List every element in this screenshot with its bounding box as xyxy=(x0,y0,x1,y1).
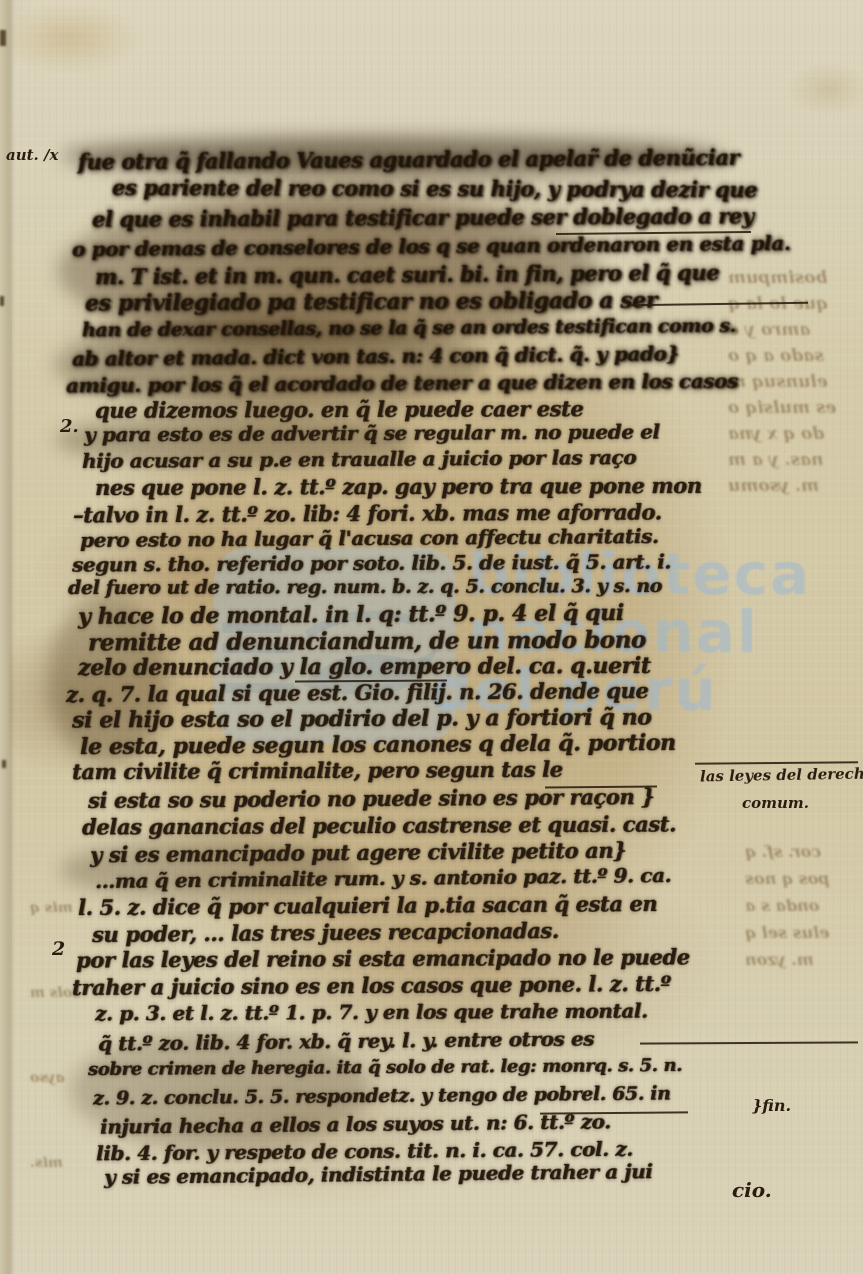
bleedthrough-text: m. ysomu xyxy=(728,476,819,496)
manuscript-line: nes que pone l. z. tt.º zap. gay pero tr… xyxy=(95,473,702,500)
manuscript-line: m. T ist. et in m. qun. caet suri. bi. i… xyxy=(95,260,719,289)
manuscript-line: si el hijo esta so el podirio del p. y a… xyxy=(72,704,652,733)
bleedthrough-text: mis q xyxy=(30,900,73,916)
edge-nick xyxy=(2,760,6,768)
manuscript-line: sobre crimen de heregia. ita q̃ solo de … xyxy=(88,1055,682,1080)
manuscript-line: segun s. tho. referido por soto. lib. 5.… xyxy=(72,549,671,576)
bleedthrough-text: amro y o xyxy=(728,320,810,340)
manuscript-line: fue otra q̃ fallando Vaues aguardado el … xyxy=(78,145,739,175)
margin-note-topleft: aut. /x xyxy=(6,146,58,164)
edge-nick xyxy=(0,296,4,306)
bleedthrough-text: pos q nos xyxy=(745,869,830,888)
page-left-edge xyxy=(0,0,14,1274)
bleedthrough-text: cor. sf. q xyxy=(745,842,821,861)
manuscript-line: han de dexar consellas, no se la q̃ se a… xyxy=(82,315,736,342)
bleedthrough-text: ayso xyxy=(30,1070,64,1086)
catchword: cio. xyxy=(732,1178,772,1202)
manuscript-line: delas ganancias del peculio castrense et… xyxy=(82,811,676,839)
manuscript-line: y si es emancipado put agere civilite pe… xyxy=(90,838,626,868)
manuscript-line: z. q. 7. la qual si que est. Gio. filij.… xyxy=(66,678,649,707)
manuscript-line: el que es inhabil para testificar puede … xyxy=(92,203,754,231)
margin-note-right-2: comum. xyxy=(742,794,809,812)
manuscript-line: –talvo in l. z. tt.º zo. lib: 4 fori. xb… xyxy=(73,499,662,527)
bleedthrough-text: do q x yna xyxy=(728,424,824,444)
manuscript-line: ...ma q̃ en criminalite rum. y s. antoni… xyxy=(95,863,671,893)
ink-rule xyxy=(640,1041,858,1044)
paragraph-mark: 2 xyxy=(52,938,65,960)
manuscript-line: o por demas de conselores de los q se qu… xyxy=(72,231,791,261)
manuscript-line: es privilegiado pa testificar no es obli… xyxy=(85,288,657,317)
edge-nick xyxy=(0,30,6,46)
manuscript-line: ab altor et mada. dict von tas. n: 4 con… xyxy=(72,341,679,370)
manuscript-line: su poder, ... las tres juees recapcionad… xyxy=(92,918,559,947)
manuscript-line: del fuero ut de ratio. reg. num. b. z. q… xyxy=(68,575,662,599)
bleedthrough-text: nas. y a m xyxy=(728,450,824,470)
manuscript-line: y para esto es de advertir q̃ se regular… xyxy=(84,419,660,446)
bleedthrough-text: que lo la q xyxy=(728,294,828,314)
bleedthrough-text: es mulsiq o xyxy=(728,398,836,418)
manuscript-line: por las leyes del reino si esta emancipa… xyxy=(76,944,690,972)
manuscript-line: zelo denunciado y la glo. empero del. ca… xyxy=(78,653,651,681)
manuscript-line: y si es emancipado, indistinta le puede … xyxy=(104,1159,653,1189)
bleedthrough-text: bosimpum xyxy=(728,268,827,288)
margin-note-right-1: las leyes del derecho xyxy=(700,764,863,785)
margin-note-fin: }fin. xyxy=(752,1096,791,1115)
bleedthrough-text: sado a q o xyxy=(728,346,824,366)
manuscript-line: pero esto no ha lugar q̃ l'acusa con aff… xyxy=(80,524,659,552)
manuscript-line: q̃ tt.º zo. lib. 4 for. xb. q̃ rey. l. y… xyxy=(98,1026,594,1055)
manuscript-line: z. p. 3. et l. z. tt.º 1. p. 7. y en los… xyxy=(95,999,648,1026)
manuscript-line: l. 5. z. dice q̃ por cualquieri la p.tia… xyxy=(78,891,657,920)
manuscript-line: es pariente del reo como si es su hijo, … xyxy=(112,175,757,202)
manuscript-line: tam civilite q̃ criminalite, pero segun … xyxy=(72,757,563,785)
bleedthrough-text: onda s a xyxy=(745,896,819,915)
manuscript-line: si esta so su poderio no puede sino es p… xyxy=(88,784,654,813)
paragraph-mark: 2. xyxy=(60,416,79,437)
manuscript-line: que dizemos luego. en q̃ le puede caer e… xyxy=(95,396,583,423)
manuscript-line: amigu. por los q̃ el acordado de tener a… xyxy=(66,369,738,398)
bleedthrough-text: m. yzon xyxy=(745,950,814,969)
bleedthrough-text: elus sel q xyxy=(745,923,830,942)
manuscript-line: z. 9. z. conclu. 5. 5. respondetz. y ten… xyxy=(93,1082,671,1109)
manuscript-page: biblioteca nacional del perú bosimpumque… xyxy=(0,0,863,1274)
bleedthrough-text: elunsuq m xyxy=(728,372,828,392)
manuscript-line: traher a juicio sino es en los casos que… xyxy=(72,971,671,1000)
manuscript-line: hijo acusar a su p.e en traualle a juici… xyxy=(82,445,636,473)
manuscript-line: remitte ad denunciandum, de un modo bono xyxy=(88,627,646,657)
manuscript-line: y hace lo de montal. in l. q: tt.º 9. p.… xyxy=(78,600,624,630)
manuscript-line: le esta, puede segun los canones q dela … xyxy=(80,730,676,760)
bleedthrough-text: mis. xyxy=(30,1155,63,1171)
manuscript-line: injuria hecha a ellos a los suyos ut. n:… xyxy=(100,1109,611,1138)
